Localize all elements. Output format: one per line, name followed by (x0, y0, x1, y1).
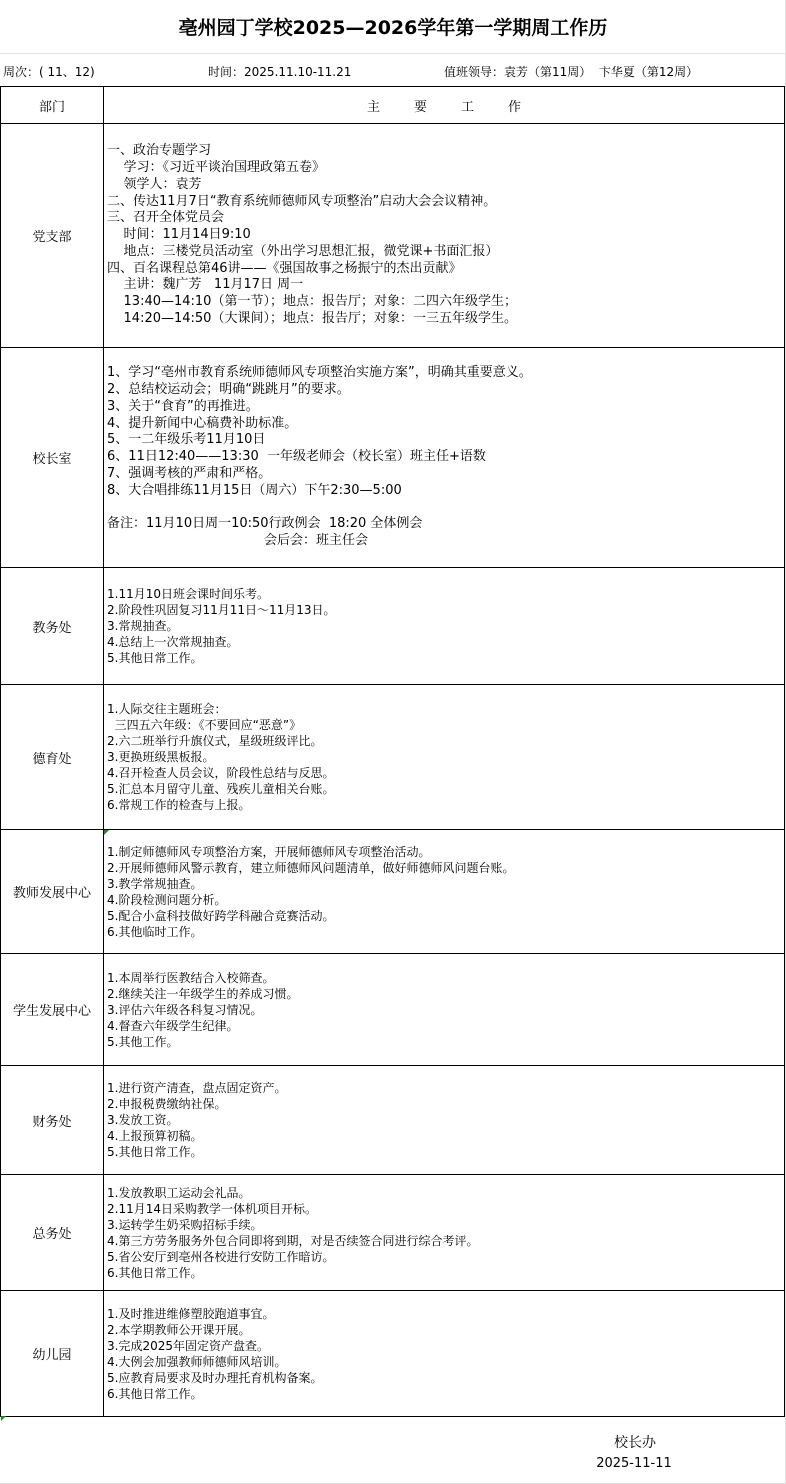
dept-cell[interactable]: 总务处 (1, 1175, 104, 1291)
work-line: 时间：11月14日9:10 (107, 227, 784, 244)
content-cell[interactable]: 1.及时推进维修塑胶跑道事宜。 2.本学期教师公开课开展。 3.完成2025年固… (104, 1291, 785, 1417)
dept-cell[interactable]: 教师发展中心 (1, 830, 104, 954)
work-line: 1.进行资产清查，盘点固定资产。 (107, 1080, 784, 1096)
work-line: 5.汇总本月留守儿童、残疾儿童相关台账。 (107, 781, 784, 797)
work-line: 1.人际交往主题班会： (107, 701, 784, 717)
table-row: 财务处 1.进行资产清查，盘点固定资产。 2.申报税费缴纳社保。 3.发放工资。… (1, 1066, 785, 1175)
work-line: 三四五六年级：《不要回应“恶意”》 (107, 717, 784, 733)
work-line: 5.配合小盒科技做好跨学科融合竞赛活动。 (107, 908, 784, 924)
header-work-char: 工 (461, 96, 474, 115)
work-line: 3.完成2025年固定资产盘查。 (107, 1338, 784, 1354)
work-line: 2.阶段性巩固复习11月11日～11月13日。 (107, 602, 784, 618)
dept-cell[interactable]: 幼儿园 (1, 1291, 104, 1417)
work-line: 1.发放教职工运动会礼品。 (107, 1185, 784, 1201)
work-line: 1.11月10日班会课时间乐考。 (107, 586, 784, 602)
work-line: 1、学习“亳州市教育系统师德师风专项整治实施方案”，明确其重要意义。 (107, 365, 784, 382)
dept-cell[interactable]: 财务处 (1, 1066, 104, 1175)
work-line: 领学人：袁芳 (107, 177, 784, 194)
table-row: 总务处 1.发放教职工运动会礼品。 2.11月14日采购教学一体机项目开标。 3… (1, 1175, 785, 1291)
remark-line: 备注：11月10日周一10:50行政例会 18:20 全体例会 (107, 516, 784, 533)
work-line: 5.其他工作。 (107, 1034, 784, 1050)
content-cell[interactable]: 1.进行资产清查，盘点固定资产。 2.申报税费缴纳社保。 3.发放工资。 4.上… (104, 1066, 785, 1175)
content-cell[interactable]: 1.人际交往主题班会： 三四五六年级：《不要回应“恶意”》 2.六二班举行升旗仪… (104, 685, 785, 830)
work-line: 三、召开全体党员会 (107, 210, 784, 227)
work-line: 3.评估六年级各科复习情况。 (107, 1002, 784, 1018)
work-line: 1.本周举行医教结合入校筛查。 (107, 970, 784, 986)
content-cell[interactable]: 1.制定师德师风专项整治方案，开展师德师风专项整治活动。 2.开展师德师风警示教… (104, 830, 785, 954)
work-line: 2.申报税费缴纳社保。 (107, 1096, 784, 1112)
work-line: 3.更换班级黑板报。 (107, 749, 784, 765)
work-line: 3.常规抽查。 (107, 618, 784, 634)
work-line: 4.大例会加强教师师德师风培训。 (107, 1354, 784, 1370)
table-header-row: 部门 主要工作 (1, 87, 785, 124)
work-line: 6.其他日常工作。 (107, 1265, 784, 1281)
work-line: 3.发放工资。 (107, 1112, 784, 1128)
work-line: 6、11日12:40——13:30 一年级老师会（校长室）班主任+语数 (107, 449, 784, 466)
table-row: 幼儿园 1.及时推进维修塑胶跑道事宜。 2.本学期教师公开课开展。 3.完成20… (1, 1291, 785, 1417)
work-line: 5、一二年级乐考11月10日 (107, 432, 784, 449)
title-row[interactable]: 亳州园丁学校2025—2026学年第一学期周工作历 (0, 0, 786, 54)
content-cell[interactable]: 1.发放教职工运动会礼品。 2.11月14日采购教学一体机项目开标。 3.运转学… (104, 1175, 785, 1291)
spreadsheet: 亳州园丁学校2025—2026学年第一学期周工作历 周次：( 11、12) 时间… (0, 0, 786, 1484)
work-line: 4.督查六年级学生纪律。 (107, 1018, 784, 1034)
work-line: 6.其他临时工作。 (107, 924, 784, 940)
work-line: 学习：《习近平谈治国理政第五卷》 (107, 160, 784, 177)
cell-error-marker-icon[interactable] (1, 1416, 6, 1421)
work-line: 5.省公安厅到亳州各校进行安防工作暗访。 (107, 1249, 784, 1265)
date-range: 时间：2025.11.10-11.21 (208, 63, 351, 80)
signature-date: 2025-11-11 (588, 1456, 680, 1471)
work-line: 4.总结上一次常规抽查。 (107, 634, 784, 650)
content-cell[interactable]: 1.11月10日班会课时间乐考。 2.阶段性巩固复习11月11日～11月13日。… (104, 568, 785, 685)
dept-cell[interactable]: 德育处 (1, 685, 104, 830)
cell-error-marker-icon[interactable] (104, 830, 109, 835)
remark-line: 会后会：班主任会 (107, 533, 784, 550)
work-line: 5.应教育局要求及时办理托育机构备案。 (107, 1370, 784, 1386)
signature-block: 校长办 2025-11-11 (580, 1432, 680, 1471)
work-line: 主讲：魏广芳 11月17日 周一 (107, 277, 784, 294)
work-line: 4.召开检查人员会议，阶段性总结与反思。 (107, 765, 784, 781)
table-row: 党支部 一、政治专题学习 学习：《习近平谈治国理政第五卷》 领学人：袁芳 二、传… (1, 124, 785, 348)
content-cell[interactable]: 1、学习“亳州市教育系统师德师风专项整治实施方案”，明确其重要意义。 2、总结校… (104, 348, 785, 568)
work-line: 1.及时推进维修塑胶跑道事宜。 (107, 1306, 784, 1322)
page-title: 亳州园丁学校2025—2026学年第一学期周工作历 (179, 13, 608, 40)
work-line: 2.开展师德师风警示教育，建立师德师风问题清单，做好师德师风问题台账。 (107, 860, 784, 876)
signature-org: 校长办 (590, 1432, 680, 1452)
work-line: 5.其他日常工作。 (107, 650, 784, 666)
dept-cell[interactable]: 校长室 (1, 348, 104, 568)
work-line: 8、大合唱排练11月15日（周六）下午2:30—5:00 (107, 483, 784, 500)
work-line: 2.11月14日采购教学一体机项目开标。 (107, 1201, 784, 1217)
work-line: 4.上报预算初稿。 (107, 1128, 784, 1144)
table-row: 学生发展中心 1.本周举行医教结合入校筛查。 2.继续关注一年级学生的养成习惯。… (1, 954, 785, 1066)
header-work-char: 主 (367, 96, 380, 115)
work-line: 四、百名课程总第46讲——《强国故事之杨振宁的杰出贡献》 (107, 261, 784, 278)
dept-cell[interactable]: 党支部 (1, 124, 104, 348)
work-line: 一、政治专题学习 (107, 143, 784, 160)
work-line: 2.本学期教师公开课开展。 (107, 1322, 784, 1338)
info-row[interactable]: 周次：( 11、12) 时间：2025.11.10-11.21 值班领导：袁芳（… (0, 54, 786, 86)
work-line: 4.第三方劳务服务外包合同即将到期，对是否续签合同进行综合考评。 (107, 1233, 784, 1249)
work-line: 3.运转学生奶采购招标手续。 (107, 1217, 784, 1233)
work-line: 5.其他日常工作。 (107, 1144, 784, 1160)
table-row: 教务处 1.11月10日班会课时间乐考。 2.阶段性巩固复习11月11日～11月… (1, 568, 785, 685)
work-line: 4.阶段检测问题分析。 (107, 892, 784, 908)
header-dept-cell[interactable]: 部门 (1, 87, 104, 124)
table-row: 教师发展中心 1.制定师德师风专项整治方案，开展师德师风专项整治活动。 2.开展… (1, 830, 785, 954)
work-line: 14:20—14:50（大课间）；地点：报告厅；对象：一三五年级学生。 (107, 311, 784, 328)
work-line: 二、传达11月7日“教育系统师德师风专项整治”启动大会会议精神。 (107, 194, 784, 211)
header-work-char: 要 (414, 96, 427, 115)
header-work-cell[interactable]: 主要工作 (104, 87, 785, 124)
work-line: 4、提升新闻中心稿费补助标准。 (107, 416, 784, 433)
header-work-char: 作 (508, 96, 521, 115)
content-cell[interactable]: 一、政治专题学习 学习：《习近平谈治国理政第五卷》 领学人：袁芳 二、传达11月… (104, 124, 785, 348)
table-row: 德育处 1.人际交往主题班会： 三四五六年级：《不要回应“恶意”》 2.六二班举… (1, 685, 785, 830)
work-line: 3.教学常规抽查。 (107, 876, 784, 892)
work-line: 1.制定师德师风专项整治方案，开展师德师风专项整治活动。 (107, 844, 784, 860)
work-line: 7、强调考核的严肃和严格。 (107, 466, 784, 483)
content-cell[interactable]: 1.本周举行医教结合入校筛查。 2.继续关注一年级学生的养成习惯。 3.评估六年… (104, 954, 785, 1066)
week-number: 周次：( 11、12) (3, 63, 95, 80)
work-line: 2.六二班举行升旗仪式，星级班级评比。 (107, 733, 784, 749)
dept-cell[interactable]: 教务处 (1, 568, 104, 685)
work-calendar-table: 部门 主要工作 党支部 一、政治专题学习 学习：《习近平谈治国理政第五卷》 领学… (0, 86, 785, 1417)
work-line (107, 499, 784, 516)
work-line: 3、关于“食育”的再推进。 (107, 399, 784, 416)
work-line: 6.常规工作的检查与上报。 (107, 797, 784, 813)
duty-leaders: 值班领导：袁芳（第11周） 卞华夏（第12周） (444, 63, 698, 80)
table-row: 校长室 1、学习“亳州市教育系统师德师风专项整治实施方案”，明确其重要意义。 2… (1, 348, 785, 568)
work-line: 2.继续关注一年级学生的养成习惯。 (107, 986, 784, 1002)
work-line: 6.其他日常工作。 (107, 1386, 784, 1402)
work-line: 2、总结校运动会；明确“跳跳月”的要求。 (107, 382, 784, 399)
dept-cell[interactable]: 学生发展中心 (1, 954, 104, 1066)
work-line: 13:40—14:10（第一节）；地点：报告厅；对象：二四六年级学生； (107, 294, 784, 311)
work-line: 地点：三楼党员活动室（外出学习思想汇报，微党课+书面汇报） (107, 244, 784, 261)
